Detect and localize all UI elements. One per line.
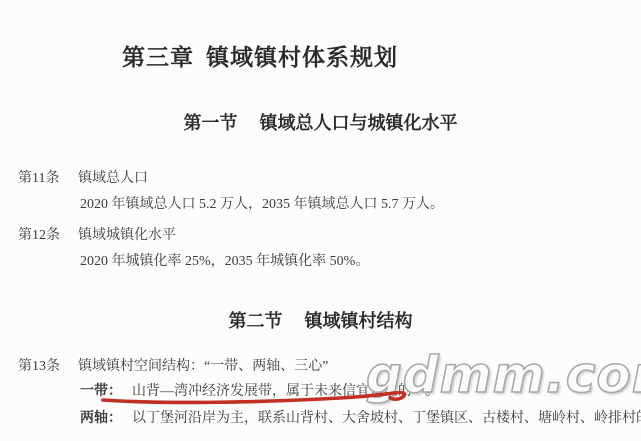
section2-number: 第二节	[229, 311, 283, 331]
axes-label: 两轴：	[80, 411, 122, 426]
section1-title: 镇域总人口与城镇化水平	[260, 113, 458, 133]
article12-body: 2020 年城镇化率 25%，2035 年城镇化率 50%。	[80, 250, 641, 270]
article13-title: 镇域镇村空间结构：“一带、两轴、三心”	[78, 355, 328, 375]
chapter-title: 镇域镇村体系规划	[206, 44, 398, 70]
article11-title: 镇域总人口	[78, 167, 148, 187]
section1-heading: 第一节镇域总人口与城镇化水平	[0, 109, 641, 135]
section1-number: 第一节	[184, 113, 238, 133]
article12-label: 第12条	[18, 224, 60, 244]
chapter-heading: 第三章镇域镇村体系规划	[0, 39, 520, 72]
gdmm-watermark: gdmm.com	[366, 350, 641, 400]
chapter-number: 第三章	[122, 44, 194, 70]
axes-item: 两轴：以丁堡河沿岸为主，联系山背村、大舍坡村、丁堡镇区、古楼村、塘岭村、岭排村的…	[80, 407, 641, 427]
section2-title: 镇域镇村结构	[305, 311, 413, 331]
article12-title: 镇域城镇化水平	[78, 224, 176, 244]
article11-body: 2020 年镇域总人口 5.2 万人，2035 年镇域总人口 5.7 万人。	[80, 193, 641, 213]
belt-label: 一带：	[80, 384, 122, 399]
axes-text: 以丁堡河沿岸为主，联系山背村、大舍坡村、丁堡镇区、古楼村、塘岭村、岭排村的城镇发	[132, 411, 641, 426]
article13-label: 第13条	[18, 355, 60, 375]
document-page: 第三章镇域镇村体系规划 第一节镇域总人口与城镇化水平 第11条 镇域总人口 20…	[0, 0, 641, 441]
article11-label: 第11条	[18, 167, 59, 187]
section2-heading: 第二节镇域镇村结构	[0, 307, 641, 333]
